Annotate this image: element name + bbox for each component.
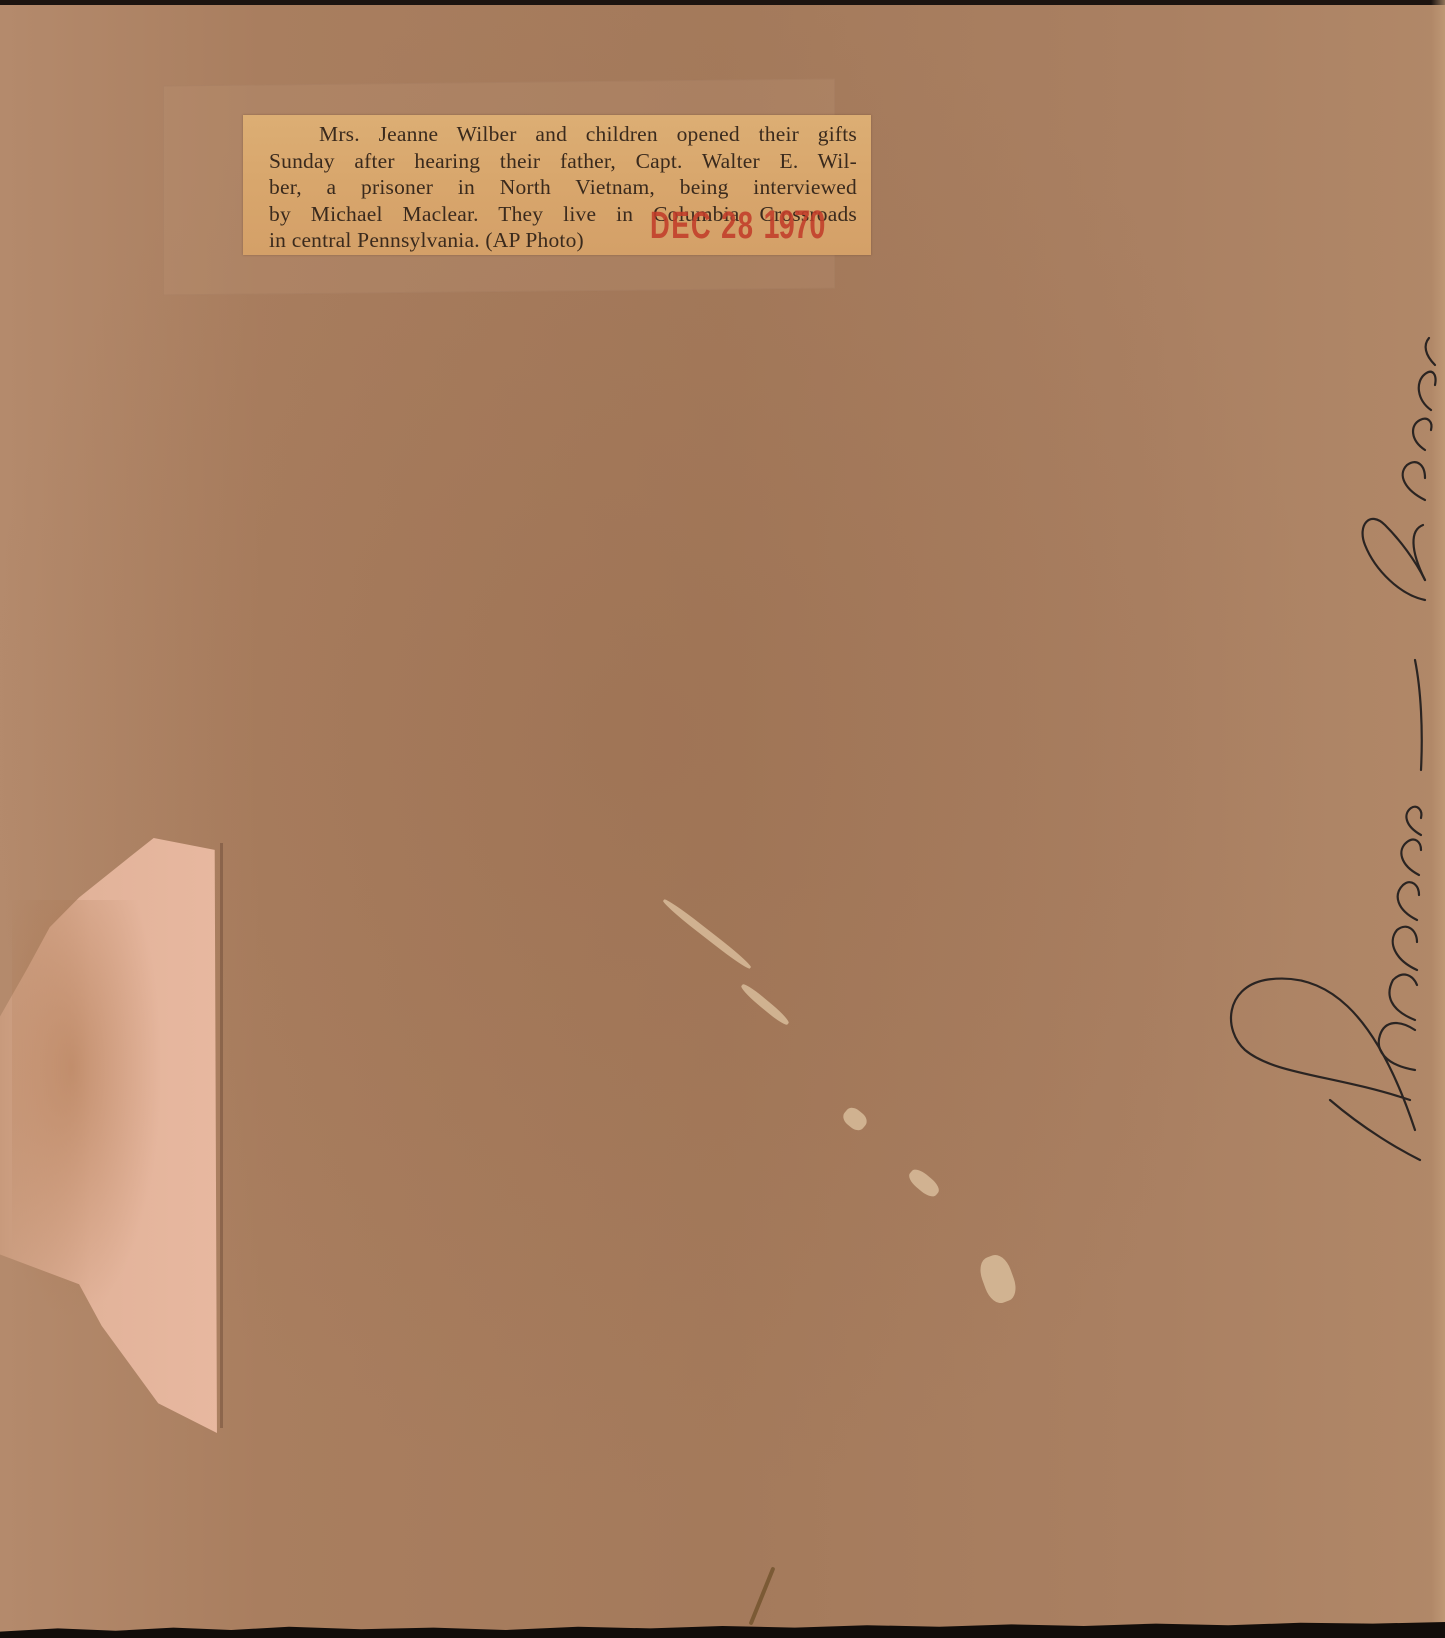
handwriting-strokes-icon bbox=[1225, 330, 1440, 1210]
patch-edge-line bbox=[220, 843, 223, 1428]
caption-line: ber, a prisoner in North Vietnam, being … bbox=[269, 174, 857, 201]
scan-top-edge bbox=[0, 0, 1445, 5]
caption-line: Sunday after hearing their father, Capt.… bbox=[269, 148, 857, 175]
stamp-day: 28 bbox=[721, 205, 754, 247]
date-stamp: DEC 28 1970 bbox=[650, 203, 825, 248]
water-stain bbox=[12, 900, 162, 1320]
stamp-month: DEC bbox=[650, 205, 712, 247]
stamp-year: 1970 bbox=[764, 203, 825, 247]
newspaper-clipping: Mrs. Jeanne Wilber and children opened t… bbox=[243, 115, 871, 255]
handwritten-notation: Prisoner — War bbox=[1225, 330, 1440, 1210]
caption-line: Mrs. Jeanne Wilber and children opened t… bbox=[269, 121, 857, 148]
